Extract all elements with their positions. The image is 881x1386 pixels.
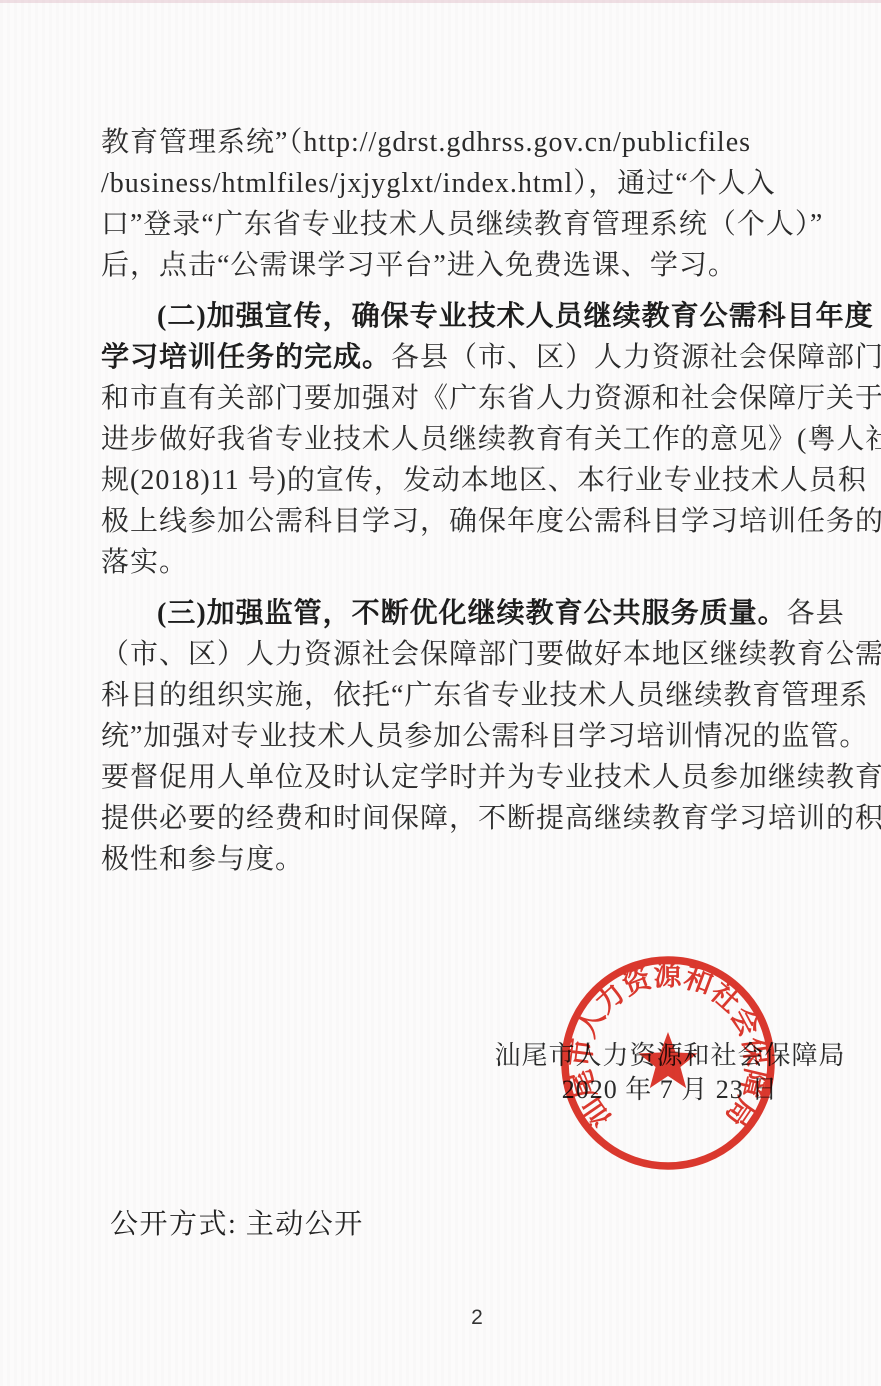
document-line: /business/htmlfiles/jxjyglxt/index.html）… bbox=[101, 163, 853, 204]
document-line: 学习培训任务的完成。各县（市、区）人力资源社会保障部门 bbox=[101, 337, 853, 378]
text-segment: 科目的组织实施，依托“广东省专业技术人员继续教育管理系 bbox=[101, 680, 868, 711]
text-segment: 各县 bbox=[787, 598, 845, 629]
text-segment: 各县（市、区）人力资源社会保障部门 bbox=[391, 342, 881, 373]
text-segment: 统”加强对专业技术人员参加公需科目学习培训情况的监管。 bbox=[101, 721, 868, 752]
disclosure-line: 公开方式: 主动公开 bbox=[110, 1202, 364, 1242]
text-segment: 提供必要的经费和时间保障，不断提高继续教育学习培训的积 bbox=[101, 803, 881, 834]
scanned-document-page: 教育管理系统”（http://gdrst.gdhrss.gov.cn/publi… bbox=[0, 0, 881, 1386]
document-line: 极上线参加公需科目学习，确保年度公需科目学习培训任务的 bbox=[101, 501, 853, 542]
text-segment: 和市直有关部门要加强对《广东省人力资源和社会保障厅关于 bbox=[101, 383, 881, 414]
text-segment: /business/htmlfiles/jxjyglxt/index.html）… bbox=[101, 168, 776, 199]
document-line: (二)加强宣传，确保专业技术人员继续教育公需科目年度 bbox=[101, 296, 853, 337]
document-line: (三)加强监管，不断优化继续教育公共服务质量。各县 bbox=[101, 593, 853, 634]
document-line: 和市直有关部门要加强对《广东省人力资源和社会保障厅关于 bbox=[101, 378, 853, 419]
signature-date: 2020 年 7 月 23 日 bbox=[450, 1073, 881, 1107]
text-segment: 落实。 bbox=[101, 547, 188, 578]
text-segment: 规(2018)11 号)的宣传，发动本地区、本行业专业技术人员积 bbox=[101, 465, 867, 496]
document-line: 落实。 bbox=[101, 542, 853, 583]
text-segment: 教育管理系统”（http://gdrst.gdhrss.gov.cn/publi… bbox=[101, 127, 751, 158]
document-line: 教育管理系统”（http://gdrst.gdhrss.gov.cn/publi… bbox=[101, 122, 853, 163]
text-segment: 极性和参与度。 bbox=[101, 844, 304, 875]
page-number: 2 bbox=[447, 1306, 507, 1330]
document-line: 提供必要的经费和时间保障，不断提高继续教育学习培训的积 bbox=[101, 798, 853, 839]
paragraph: 教育管理系统”（http://gdrst.gdhrss.gov.cn/publi… bbox=[101, 122, 853, 286]
signature-block: 汕尾市人力资源和社会保障局 2020 年 7 月 23 日 bbox=[450, 1039, 881, 1107]
document-line: 口”登录“广东省专业技术人员继续教育管理系统（个人）” bbox=[101, 204, 853, 245]
text-segment: 要督促用人单位及时认定学时并为专业技术人员参加继续教育 bbox=[101, 762, 881, 793]
document-body: 教育管理系统”（http://gdrst.gdhrss.gov.cn/publi… bbox=[101, 122, 853, 880]
document-line: 统”加强对专业技术人员参加公需科目学习培训情况的监管。 bbox=[101, 716, 853, 757]
text-segment: （市、区）人力资源社会保障部门要做好本地区继续教育公需 bbox=[101, 639, 881, 670]
text-segment: 口”登录“广东省专业技术人员继续教育管理系统（个人）” bbox=[101, 209, 823, 240]
document-line: （市、区）人力资源社会保障部门要做好本地区继续教育公需 bbox=[101, 634, 853, 675]
bold-text-segment: 学习培训任务的完成。 bbox=[101, 342, 391, 373]
paragraph: (二)加强宣传，确保专业技术人员继续教育公需科目年度学习培训任务的完成。各县（市… bbox=[101, 296, 853, 583]
text-segment: 后，点击“公需课学习平台”进入免费选课、学习。 bbox=[101, 250, 737, 281]
text-segment: 进步做好我省专业技术人员继续教育有关工作的意见》(粤人社 bbox=[101, 424, 881, 455]
document-line: 极性和参与度。 bbox=[101, 839, 853, 880]
document-line: 规(2018)11 号)的宣传，发动本地区、本行业专业技术人员积 bbox=[101, 460, 853, 501]
paragraph: (三)加强监管，不断优化继续教育公共服务质量。各县（市、区）人力资源社会保障部门… bbox=[101, 593, 853, 880]
signature-agency: 汕尾市人力资源和社会保障局 bbox=[450, 1039, 881, 1073]
text-segment: 极上线参加公需科目学习，确保年度公需科目学习培训任务的 bbox=[101, 506, 881, 537]
bold-text-segment: (三)加强监管，不断优化继续教育公共服务质量。 bbox=[157, 598, 787, 629]
bold-text-segment: (二)加强宣传，确保专业技术人员继续教育公需科目年度 bbox=[157, 301, 874, 332]
document-line: 进步做好我省专业技术人员继续教育有关工作的意见》(粤人社 bbox=[101, 419, 853, 460]
document-line: 要督促用人单位及时认定学时并为专业技术人员参加继续教育 bbox=[101, 757, 853, 798]
document-line: 科目的组织实施，依托“广东省专业技术人员继续教育管理系 bbox=[101, 675, 853, 716]
document-line: 后，点击“公需课学习平台”进入免费选课、学习。 bbox=[101, 245, 853, 286]
